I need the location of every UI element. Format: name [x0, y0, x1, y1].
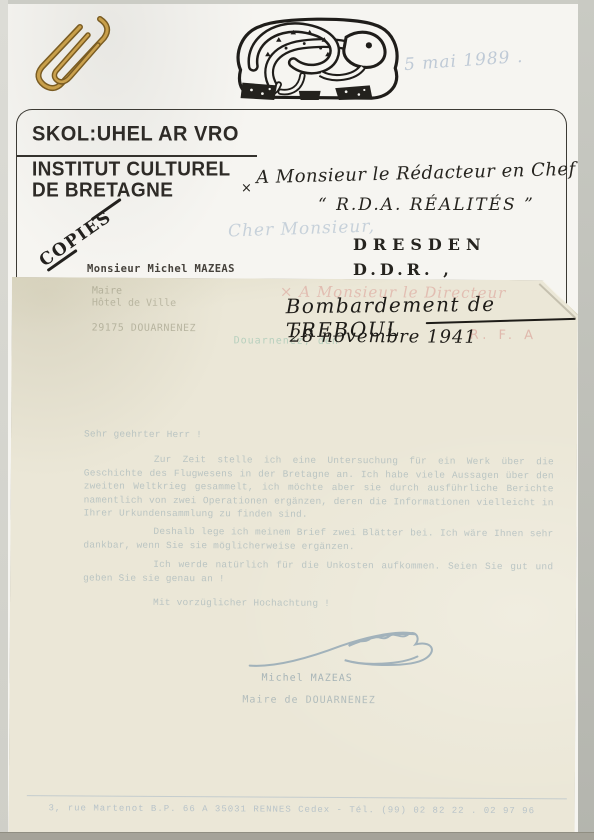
letter-paragraph-1: Zur Zeit stelle ich eine Untersuchung fü… — [84, 452, 554, 522]
scan-edge-top — [0, 0, 594, 4]
typed-recipient-title-ghost: Maire — [92, 285, 122, 296]
letter-salutation: Sehr geehrter Herr ! — [84, 427, 554, 443]
typed-signer-title: Maire de DOUARNENEZ — [242, 694, 375, 706]
scan-edge-left — [0, 0, 8, 840]
typed-recipient-address-ghost: Hôtel de Ville — [92, 297, 176, 309]
celtic-ermine-logo-icon — [226, 13, 408, 105]
scan-edge-right — [578, 0, 594, 840]
org-name-breton: SKOL:UHEL AR VRO — [32, 122, 239, 147]
typed-recipient-name: Monsieur Michel MAZEAS — [87, 263, 235, 275]
recipient-handwritten-line3: DRESDEN — [353, 235, 487, 254]
paperclip-icon — [26, 11, 126, 106]
subject-handwritten-line2: 28 novembre 1941 — [290, 326, 477, 348]
org-name-french-line2: DE BRETAGNE — [32, 179, 173, 203]
scanned-letter-document: 5 mai 1989 . SKOL:UHEL AR VRO INSTITUT C… — [0, 0, 594, 840]
scan-edge-bottom — [0, 832, 594, 840]
letterhead-rule — [17, 155, 257, 157]
typed-signer-name: Michel MAZEAS — [262, 673, 353, 685]
letter-paragraph-2: Deshalb lege ich meinem Brief zwei Blätt… — [83, 524, 553, 554]
letter-paragraph-3: Ich werde natürlich für die Unkosten auf… — [83, 557, 553, 587]
typed-recipient-city-ghost: 29175 DOUARNENEZ — [92, 322, 196, 334]
recipient-x-marker: × — [241, 181, 252, 196]
recipient-handwritten-line4: D.D.R. , — [353, 260, 453, 279]
handwritten-date-annotation: 5 mai 1989 . — [403, 47, 523, 75]
recipient-handwritten-line2: “ R.D.A. RÉALITÉS ” — [318, 195, 535, 215]
cream-overlay-page: Maire Hôtel de Ville 29175 DOUARNENEZ × … — [9, 277, 578, 836]
letter-closing: Mit vorzüglicher Hochachtung ! — [83, 595, 553, 611]
letterhead-footer-rule — [27, 795, 567, 799]
letterhead-footer-address: 3, rue Martenot B.P. 66 A 35031 RENNES C… — [9, 803, 575, 816]
